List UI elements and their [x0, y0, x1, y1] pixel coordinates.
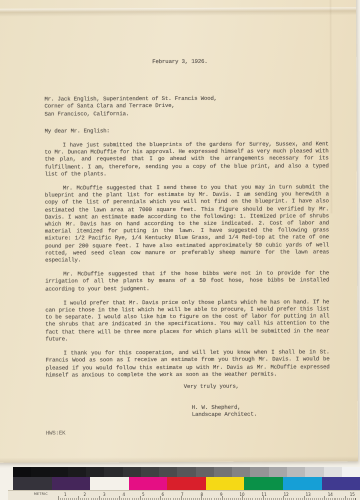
- color-patch: [244, 477, 283, 490]
- paragraph: Mr. McDuffie suggested that I send these…: [45, 183, 329, 263]
- paragraph: Mr. McDuffie suggested that if the hose …: [45, 270, 329, 293]
- paragraph: I have just submitted the blueprints of …: [45, 140, 329, 177]
- grayscale-step: [68, 467, 86, 477]
- color-patch: [90, 477, 129, 490]
- calibration-bar: [13, 467, 360, 490]
- paragraph: I thank you for this cooperation, and wi…: [46, 348, 330, 378]
- grayscale-step: [177, 467, 195, 477]
- salutation: My dear Mr. English:: [45, 126, 329, 134]
- grayscale-step: [86, 467, 104, 477]
- grayscale-step: [123, 467, 141, 477]
- closing: Very truly yours,: [184, 382, 330, 390]
- signature-block: H. W. Shepherd, Landscape Architect.: [192, 403, 330, 418]
- grayscale-step: [141, 467, 159, 477]
- paragraph: I would prefer that Mr. Davis price only…: [45, 298, 329, 342]
- grayscale-step: [324, 467, 342, 477]
- ruler-label: METRIC: [34, 492, 48, 496]
- grayscale-step: [342, 467, 360, 477]
- grayscale-step: [13, 467, 31, 477]
- letter-date: February 3, 1926.: [152, 57, 328, 65]
- grayscale-step: [269, 467, 287, 477]
- grayscale-step: [104, 467, 122, 477]
- reference-initials: HWS:EK: [46, 428, 330, 436]
- address-line: San Francisco, California.: [44, 109, 328, 117]
- color-patch: [52, 477, 91, 490]
- paper-crease: [329, 0, 333, 213]
- signature-title: Landscape Architect.: [192, 411, 330, 419]
- color-patch-row: [13, 477, 360, 490]
- metric-ruler: METRIC 123456789101112131415: [8, 490, 360, 500]
- grayscale-step: [159, 467, 177, 477]
- grayscale-step: [50, 467, 68, 477]
- grayscale-step: [250, 467, 268, 477]
- recipient-address: Mr. Jack English, Superintendent of St. …: [44, 95, 328, 118]
- grayscale-step: [31, 467, 49, 477]
- color-patch: [322, 477, 360, 490]
- color-patch: [167, 477, 206, 490]
- scanned-letter-page: February 3, 1926. Mr. Jack English, Supe…: [0, 0, 360, 500]
- grayscale-step: [196, 467, 214, 477]
- color-patch: [206, 477, 245, 490]
- grayscale-step: [232, 467, 250, 477]
- letter-paper: February 3, 1926. Mr. Jack English, Supe…: [0, 0, 358, 463]
- grayscale-step: [287, 467, 305, 477]
- paper-crease: [0, 7, 356, 17]
- grayscale-step: [305, 467, 323, 477]
- letter-body: February 3, 1926. Mr. Jack English, Supe…: [44, 57, 330, 436]
- paper-edge-shadow: [0, 456, 358, 463]
- color-patch: [283, 477, 322, 490]
- color-patch: [129, 477, 168, 490]
- grayscale-step: [214, 467, 232, 477]
- grayscale-wedge: [13, 467, 360, 477]
- color-patch: [13, 477, 52, 490]
